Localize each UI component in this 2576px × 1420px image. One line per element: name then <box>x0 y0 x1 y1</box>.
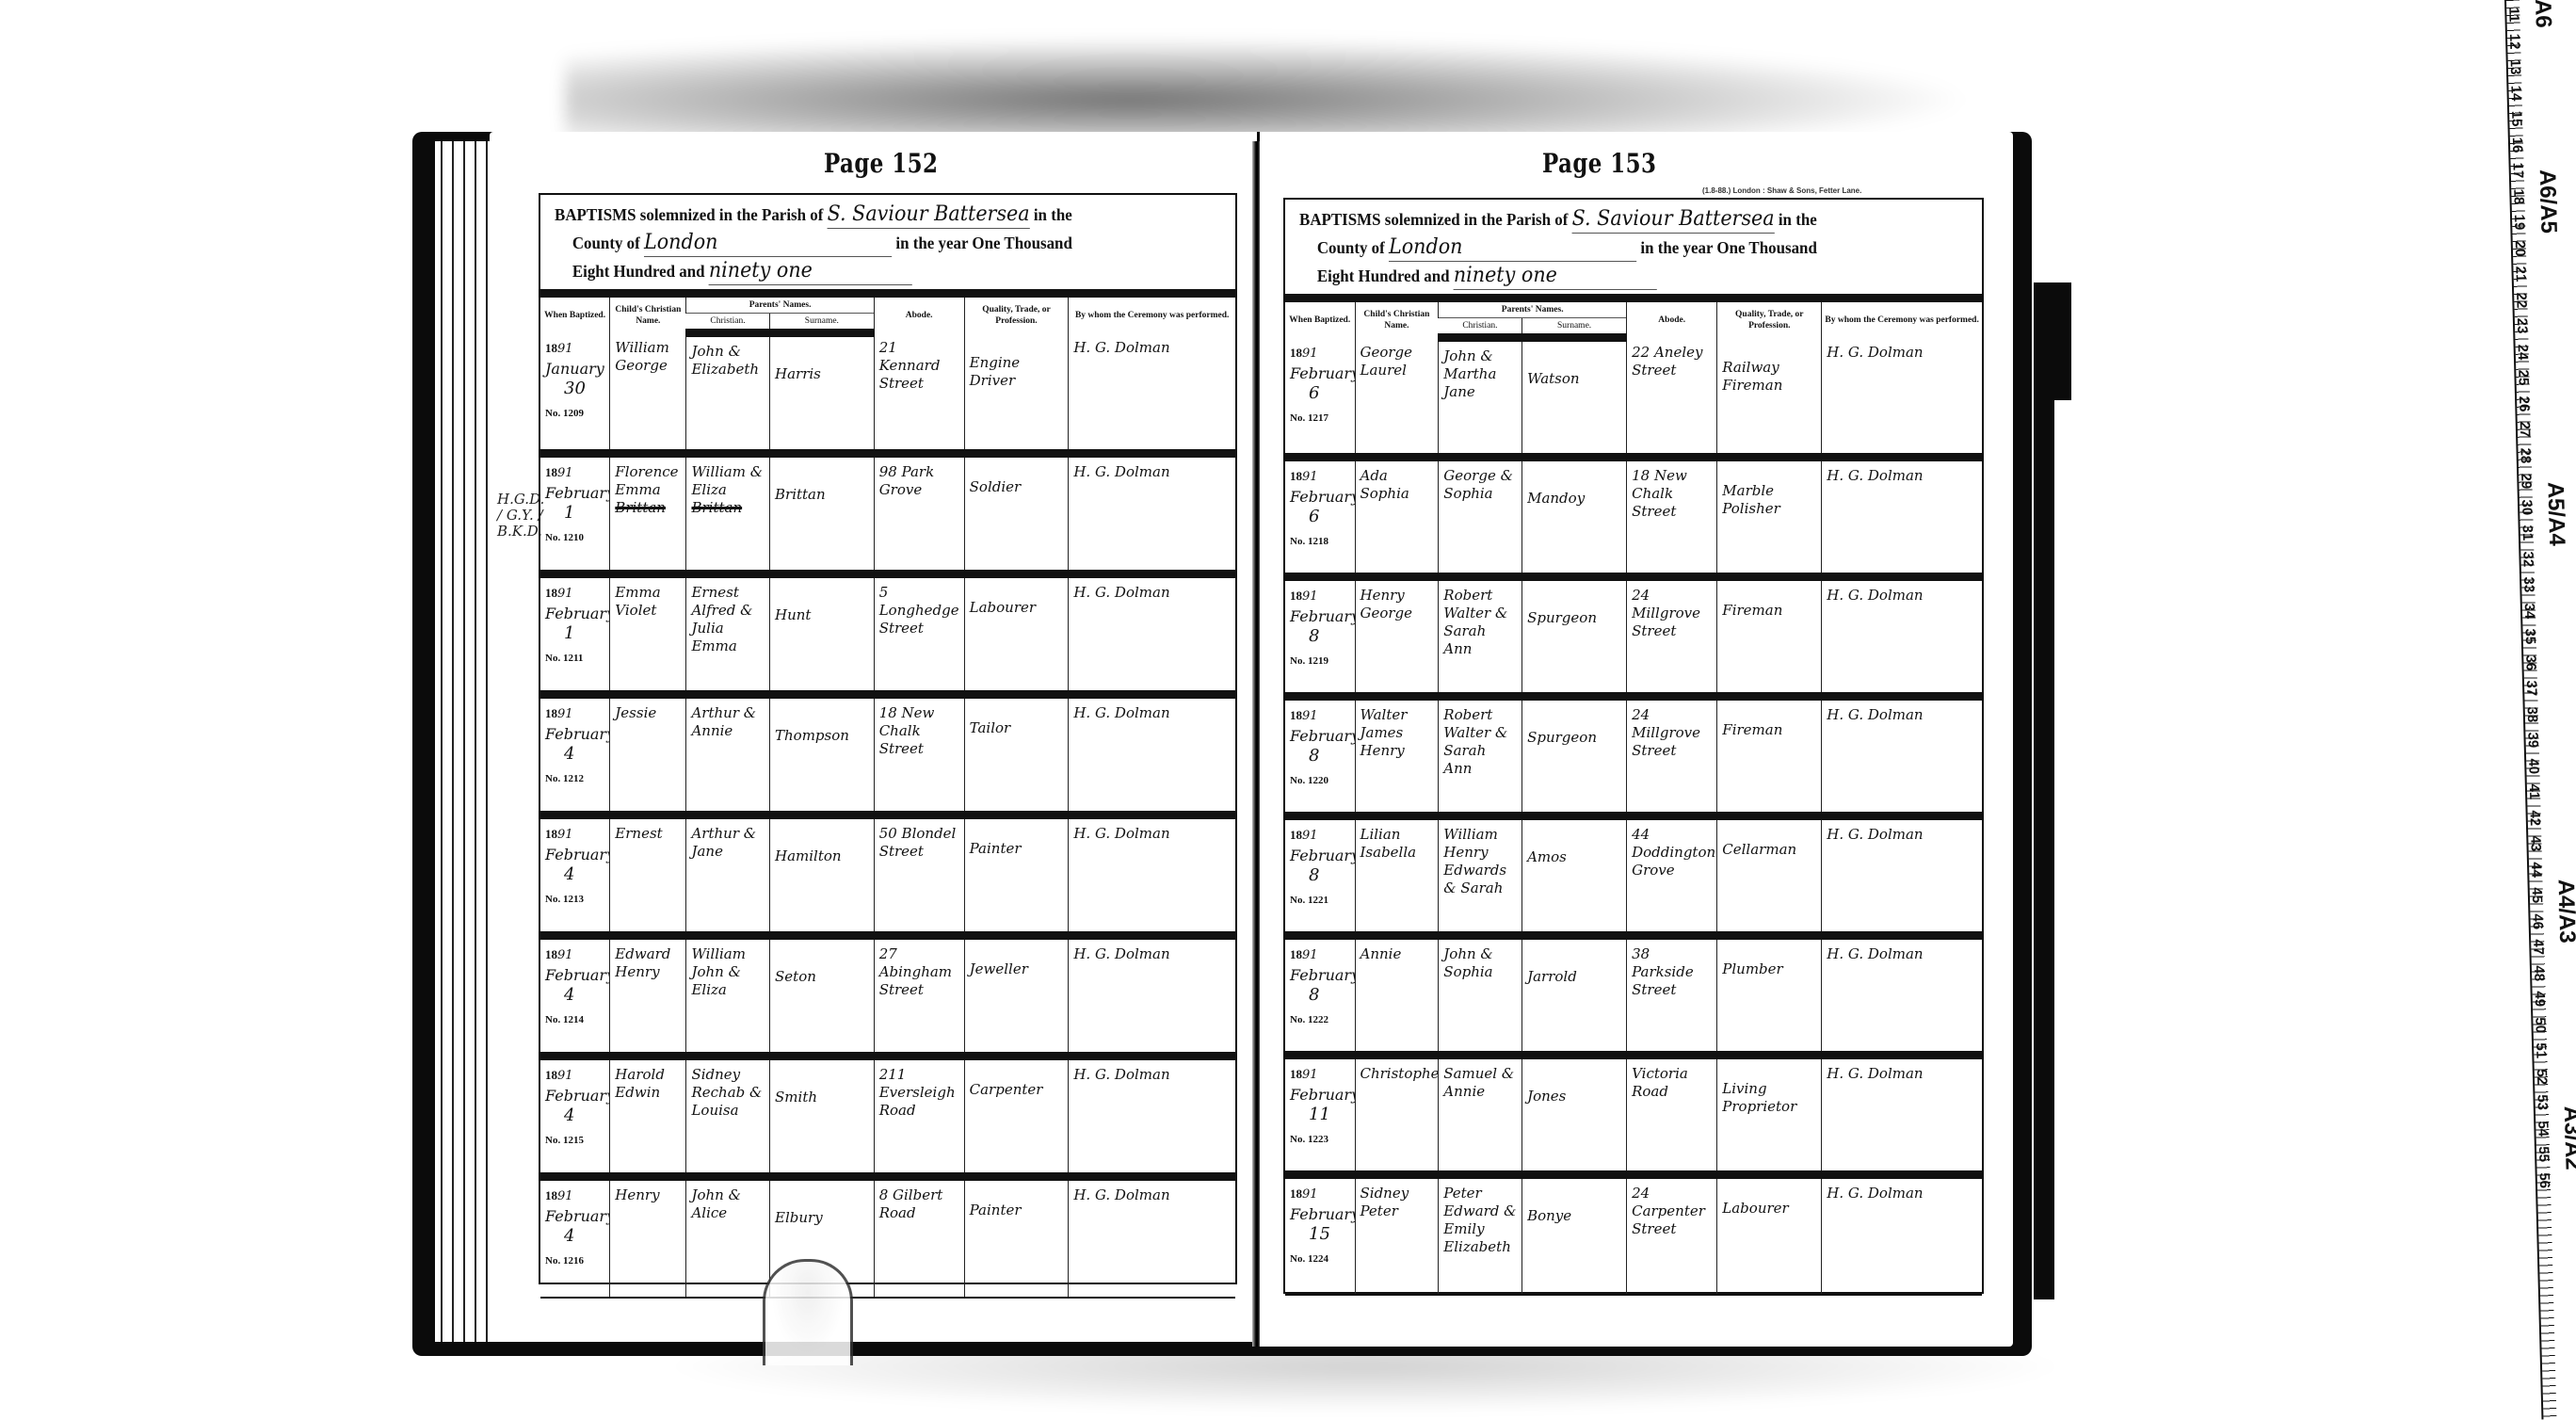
abode-cell: 211 Eversleigh Road <box>874 1057 964 1177</box>
measuring-ruler: GREAT BRITAIN LTD 1112131415161718192021… <box>2504 0 2576 1419</box>
baptism-day: 15 <box>1290 1225 1351 1243</box>
register-entry-row: 1891February1No. 1211Emma VioletErnest A… <box>540 574 1235 695</box>
minister-cell: H. G. Dolman <box>1069 333 1235 454</box>
profession-cell: Labourer <box>1717 1175 1822 1295</box>
ruler-cm-number: 37 <box>2523 680 2539 696</box>
right-page: Page 153 (1.8-88.) London : Shaw & Sons,… <box>1260 132 2013 1347</box>
baptism-day: 8 <box>1290 986 1351 1004</box>
parents-christian-cell: Ernest Alfred & Julia Emma <box>686 574 770 695</box>
profession-cell: Painter <box>964 815 1069 936</box>
book-cover-edge <box>2034 395 2054 1299</box>
struck-text: Brittan <box>691 499 742 516</box>
when-baptized-cell: 1891February4No. 1213 <box>540 815 610 936</box>
col-surname: Surname. <box>770 314 875 333</box>
ruler-cm-number: 49 <box>2532 991 2548 1007</box>
abode-cell: 21 Kennard Street <box>874 333 964 454</box>
baptism-day: 6 <box>1290 508 1351 525</box>
ruler-cm-number: 20 <box>2512 240 2528 256</box>
baptism-year: 1891 <box>545 1069 573 1083</box>
entry-number: No. 1210 <box>545 529 605 547</box>
child-name-cell: Ada Sophia <box>1355 458 1439 577</box>
ruler-paper-size-label: A5/A4 <box>2541 481 2569 546</box>
baptism-month: February <box>545 1087 605 1105</box>
child-name-cell: Edward Henry <box>610 936 686 1057</box>
baptism-year: 1891 <box>545 828 573 842</box>
register-heading: BAPTISMS solemnized in the Parish of S. … <box>540 195 1194 285</box>
col-quality: Quality, Trade, or Profession. <box>964 298 1069 333</box>
child-name-cell: Ernest <box>610 815 686 936</box>
year-words: ninety one <box>709 257 912 285</box>
abode-cell: 98 Park Grove <box>874 454 964 574</box>
baptism-year: 1891 <box>545 1189 573 1203</box>
printed-year-prefix: 18 <box>1290 708 1302 722</box>
ruler-cm-number: 45 <box>2529 887 2545 903</box>
ruler-cm-number: 26 <box>2516 395 2532 411</box>
entry-number: No. 1224 <box>1290 1251 1351 1268</box>
parents-christian-cell: William & ElizaBrittan <box>686 454 770 574</box>
struck-text: Brittan <box>615 499 666 516</box>
child-name-cell: Harold Edwin <box>610 1057 686 1177</box>
parents-christian-cell: Arthur & Annie <box>686 695 770 815</box>
page-number: Page 153 <box>1542 148 1656 179</box>
ruler-cm-number: 32 <box>2520 551 2536 567</box>
surname-cell: Bonye <box>1522 1175 1627 1295</box>
register-entry-row: 1891February8No. 1220Walter James HenryR… <box>1285 697 1982 816</box>
when-baptized-cell: 1891February8No. 1220 <box>1285 697 1355 816</box>
ruler-cm-number: 46 <box>2529 913 2545 929</box>
profession-cell: Tailor <box>964 695 1069 815</box>
abode-cell: 24 Carpenter Street <box>1627 1175 1717 1295</box>
ruler-cm-number: 36 <box>2522 654 2538 670</box>
abode-cell: 24 Millgrove Street <box>1627 577 1717 697</box>
county-label: County of <box>572 234 640 252</box>
printed-year-prefix: 18 <box>1290 947 1302 961</box>
printed-year-prefix: 18 <box>1290 828 1302 842</box>
minister-cell: H. G. Dolman <box>1822 816 1982 936</box>
ruler-cm-number: 48 <box>2531 965 2547 981</box>
baptism-month: February <box>1290 364 1351 382</box>
ruler-cm-number: 15 <box>2508 110 2524 126</box>
baptism-year: 1891 <box>545 466 573 480</box>
child-name-cell: Henry George <box>1355 577 1439 697</box>
child-name-cell: Henry <box>610 1177 686 1298</box>
col-parents: Parents' Names. <box>1439 302 1627 318</box>
ruler-paper-size-label: A6 <box>2529 0 2556 28</box>
entry-number: No. 1217 <box>1290 410 1351 428</box>
when-baptized-cell: 1891February8No. 1221 <box>1285 816 1355 936</box>
baptism-day: 4 <box>545 865 605 883</box>
abode-cell: 5 Longhedge Street <box>874 574 964 695</box>
ruler-cm-number: 18 <box>2510 188 2526 204</box>
entry-number: No. 1212 <box>545 770 605 788</box>
col-child: Child's Christian Name. <box>1355 302 1439 338</box>
baptism-month: February <box>1290 966 1351 984</box>
surname-cell: Spurgeon <box>1522 577 1627 697</box>
minister-cell: H. G. Dolman <box>1069 815 1235 936</box>
ruler-cm-number: 12 <box>2506 33 2522 49</box>
col-christian: Christian. <box>686 314 770 333</box>
ruler-cm-number: 56 <box>2536 1172 2552 1188</box>
ruler-cm-number: 23 <box>2514 317 2530 333</box>
year-words: ninety one <box>1454 262 1657 290</box>
surname-cell: Seton <box>770 936 875 1057</box>
profession-cell: Soldier <box>964 454 1069 574</box>
parents-christian-cell: John & Elizabeth <box>686 333 770 454</box>
baptism-month: February <box>545 725 605 743</box>
abode-cell: 27 Abingham Street <box>874 936 964 1057</box>
entry-number: No. 1221 <box>1290 892 1351 910</box>
abode-cell: 8 Gilbert Road <box>874 1177 964 1298</box>
year-prefix: in the year One Thousand <box>895 234 1071 252</box>
baptism-year: 1891 <box>545 342 573 356</box>
county-name: London <box>644 229 892 257</box>
ruler-paper-size-label: A6/A5 <box>2534 169 2562 234</box>
child-name-cell: Walter James Henry <box>1355 697 1439 816</box>
ruler-cm-number: 28 <box>2517 447 2533 463</box>
surname-cell: Hunt <box>770 574 875 695</box>
child-name-cell: George Laurel <box>1355 338 1439 458</box>
child-name-cell: Christopher <box>1355 1056 1439 1175</box>
ruler-cm-number: 11 <box>2505 8 2521 23</box>
printed-year-prefix: 18 <box>1290 589 1302 603</box>
county-name: London <box>1389 234 1636 262</box>
child-name-cell: William George <box>610 333 686 454</box>
baptism-year: 1891 <box>545 587 573 601</box>
profession-cell: Fireman <box>1717 697 1822 816</box>
baptism-year: 1891 <box>1290 948 1318 962</box>
abode-cell: 38 Parkside Street <box>1627 936 1717 1056</box>
when-baptized-cell: 1891February4No. 1212 <box>540 695 610 815</box>
book-clasp <box>2034 282 2071 400</box>
baptism-year: 1891 <box>1290 470 1318 484</box>
printed-year-prefix: 18 <box>1290 1067 1302 1081</box>
minister-cell: H. G. Dolman <box>1069 695 1235 815</box>
baptism-month: February <box>545 966 605 984</box>
profession-cell: Painter <box>964 1177 1069 1298</box>
ruler-cm-number: 22 <box>2513 292 2529 308</box>
minister-cell: H. G. Dolman <box>1822 338 1982 458</box>
printed-year-prefix: 18 <box>545 341 557 355</box>
abode-cell: 18 New Chalk Street <box>874 695 964 815</box>
baptism-year: 1891 <box>545 948 573 962</box>
hundred-label: Eight Hundred and <box>1317 266 1450 285</box>
abode-cell: 44 Doddington Grove <box>1627 816 1717 936</box>
profession-cell: Carpenter <box>964 1057 1069 1177</box>
baptism-register-table: BAPTISMS solemnized in the Parish of S. … <box>1283 198 1984 1294</box>
register-entry-row: 1891February8No. 1221Lilian IsabellaWill… <box>1285 816 1982 936</box>
county-label: County of <box>1317 238 1385 257</box>
parents-christian-cell: William Henry Edwards & Sarah <box>1439 816 1522 936</box>
ruler-cm-number: 44 <box>2528 862 2544 878</box>
col-minister: By whom the Ceremony was performed. <box>1069 298 1235 333</box>
ruler-cm-number: 25 <box>2515 369 2531 385</box>
profession-cell: Fireman <box>1717 577 1822 697</box>
baptism-day: 4 <box>545 1227 605 1245</box>
profession-cell: Jeweller <box>964 936 1069 1057</box>
entry-number: No. 1222 <box>1290 1011 1351 1029</box>
margin-note: H.G.D. / G.Y. / B.K.D. <box>497 492 554 540</box>
printed-year-prefix: 18 <box>545 465 557 479</box>
scan-shadow-bottom <box>659 1347 2071 1412</box>
baptism-month: February <box>545 846 605 863</box>
child-name-cell: Emma Violet <box>610 574 686 695</box>
abode-cell: Victoria Road <box>1627 1056 1717 1175</box>
ruler-cm-number: 43 <box>2527 835 2543 851</box>
register-entry-row: 1891February4No. 1212JessieArthur & Anni… <box>540 695 1235 815</box>
ruler-cm-number: 21 <box>2512 266 2528 282</box>
printer-imprint: (1.8-88.) London : Shaw & Sons, Fetter L… <box>1702 186 1861 195</box>
ruler-cm-number: 52 <box>2534 1069 2550 1085</box>
register-entry-row: 1891February8No. 1219Henry GeorgeRobert … <box>1285 577 1982 697</box>
parents-christian-cell: Sidney Rechab & Louisa <box>686 1057 770 1177</box>
register-entry-row: 1891February4No. 1214Edward HenryWilliam… <box>540 936 1235 1057</box>
col-abode: Abode. <box>874 298 964 333</box>
ruler-cm-number: 51 <box>2533 1042 2549 1058</box>
when-baptized-cell: 1891February4No. 1216 <box>540 1177 610 1298</box>
register-entry-row: 1891February4No. 1213ErnestArthur & Jane… <box>540 815 1235 936</box>
surname-cell: Jarrold <box>1522 936 1627 1056</box>
profession-cell: Living Proprietor <box>1717 1056 1822 1175</box>
baptism-month: February <box>1290 847 1351 864</box>
printed-year-prefix: 18 <box>545 827 557 841</box>
register-entry-row: 1891February11No. 1223ChristopherSamuel … <box>1285 1056 1982 1175</box>
year-prefix: in the year One Thousand <box>1640 238 1816 257</box>
col-minister: By whom the Ceremony was performed. <box>1822 302 1982 338</box>
rule <box>1285 294 1982 302</box>
surname-cell: Watson <box>1522 338 1627 458</box>
baptism-year: 1891 <box>545 707 573 721</box>
minister-cell: H. G. Dolman <box>1069 454 1235 574</box>
entry-number: No. 1213 <box>545 891 605 909</box>
when-baptized-cell: 1891February4No. 1215 <box>540 1057 610 1177</box>
when-baptized-cell: 1891February1No. 1211 <box>540 574 610 695</box>
heading-prefix: BAPTISMS solemnized in the Parish of <box>555 205 823 224</box>
entry-number: No. 1214 <box>545 1011 605 1029</box>
ruler-cm-number: 14 <box>2507 85 2523 101</box>
minister-cell: H. G. Dolman <box>1822 577 1982 697</box>
entry-number: No. 1223 <box>1290 1131 1351 1149</box>
ruler-cm-number: 16 <box>2509 137 2525 153</box>
minister-cell: H. G. Dolman <box>1069 574 1235 695</box>
surname-cell: Spurgeon <box>1522 697 1627 816</box>
profession-cell: Cellarman <box>1717 816 1822 936</box>
hundred-label: Eight Hundred and <box>572 262 705 281</box>
scan-shadow <box>565 38 1977 141</box>
parish-name: S. Saviour Battersea <box>828 201 1030 229</box>
baptism-year: 1891 <box>1290 347 1318 361</box>
baptism-month: February <box>1290 727 1351 745</box>
parents-christian-cell: Robert Walter & Sarah Ann <box>1439 577 1522 697</box>
ruler-cm-number: 40 <box>2525 758 2541 774</box>
baptism-day: 30 <box>545 379 605 397</box>
child-name-cell: Annie <box>1355 936 1439 1056</box>
baptism-day: 11 <box>1290 1105 1351 1123</box>
col-abode: Abode. <box>1627 302 1717 338</box>
parents-christian-cell: John & Sophia <box>1439 936 1522 1056</box>
printed-year-prefix: 18 <box>545 1068 557 1082</box>
ruler-cm-number: 24 <box>2515 344 2531 360</box>
minister-cell: H. G. Dolman <box>1069 1057 1235 1177</box>
entry-number: No. 1219 <box>1290 653 1351 670</box>
col-when: When Baptized. <box>540 298 610 333</box>
minister-cell: H. G. Dolman <box>1069 936 1235 1057</box>
heading-suffix: in the <box>1034 205 1072 224</box>
minister-cell: H. G. Dolman <box>1822 697 1982 816</box>
minister-cell: H. G. Dolman <box>1822 1056 1982 1175</box>
ruler-cm-number: 35 <box>2521 628 2537 644</box>
baptism-year: 1891 <box>1290 829 1318 843</box>
baptism-year: 1891 <box>1290 1187 1318 1202</box>
surname-cell: Hamilton <box>770 815 875 936</box>
minister-cell: H. G. Dolman <box>1822 1175 1982 1295</box>
baptism-day: 6 <box>1290 384 1351 402</box>
register-grid: When Baptized. Child's Christian Name. P… <box>540 298 1235 1299</box>
when-baptized-cell: 1891January30No. 1209 <box>540 333 610 454</box>
baptism-month: February <box>545 605 605 622</box>
ruler-cm-number: 19 <box>2511 214 2527 230</box>
child-name-cell: Sidney Peter <box>1355 1175 1439 1295</box>
child-name-cell: Lilian Isabella <box>1355 816 1439 936</box>
ruler-cm-number: 30 <box>2519 499 2535 515</box>
baptism-year: 1891 <box>1290 589 1318 604</box>
ruler-cm-number: 42 <box>2527 810 2543 826</box>
baptism-day: 8 <box>1290 747 1351 765</box>
ruler-cm-number: 13 <box>2507 59 2523 75</box>
printed-year-prefix: 18 <box>1290 1186 1302 1201</box>
minister-cell: H. G. Dolman <box>1822 458 1982 577</box>
profession-cell: Railway Fireman <box>1717 338 1822 458</box>
entry-number: No. 1216 <box>545 1252 605 1270</box>
surname-cell: Amos <box>1522 816 1627 936</box>
when-baptized-cell: 1891February6No. 1217 <box>1285 338 1355 458</box>
ruler-cm-number: 39 <box>2524 732 2540 748</box>
when-baptized-cell: 1891February4No. 1214 <box>540 936 610 1057</box>
child-name-cell: Florence EmmaBrittan <box>610 454 686 574</box>
ruler-paper-size-label: A4/A3 <box>2552 879 2576 944</box>
child-name-cell: Jessie <box>610 695 686 815</box>
ruler-cm-number: 50 <box>2532 1017 2548 1033</box>
parents-christian-cell: George & Sophia <box>1439 458 1522 577</box>
ruler-cm-number: 53 <box>2534 1094 2550 1110</box>
profession-cell: Plumber <box>1717 936 1822 1056</box>
ruler-cm-number: 47 <box>2530 939 2546 955</box>
surname-cell: Jones <box>1522 1056 1627 1175</box>
ruler-cm-number: 41 <box>2526 783 2542 799</box>
surname-cell: Harris <box>770 333 875 454</box>
abode-cell: 22 Aneley Street <box>1627 338 1717 458</box>
glass-paperweight <box>763 1259 853 1365</box>
parents-christian-cell: Robert Walter & Sarah Ann <box>1439 697 1522 816</box>
register-entry-row: 1891February6No. 1218Ada SophiaGeorge & … <box>1285 458 1982 577</box>
parish-name: S. Saviour Battersea <box>1572 205 1775 234</box>
register-grid: When Baptized. Child's Christian Name. P… <box>1285 302 1982 1296</box>
baptism-month: February <box>1290 1086 1351 1104</box>
when-baptized-cell: 1891February8No. 1222 <box>1285 936 1355 1056</box>
printed-year-prefix: 18 <box>1290 469 1302 483</box>
when-baptized-cell: 1891February8No. 1219 <box>1285 577 1355 697</box>
ruler-cm-number: 31 <box>2520 524 2536 541</box>
col-when: When Baptized. <box>1285 302 1355 338</box>
ruler-cm-number: 17 <box>2510 162 2526 178</box>
entry-number: No. 1215 <box>545 1132 605 1150</box>
printed-year-prefix: 18 <box>1290 346 1302 360</box>
register-entry-row: 1891February4No. 1215Harold EdwinSidney … <box>540 1057 1235 1177</box>
when-baptized-cell: 1891February6No. 1218 <box>1285 458 1355 577</box>
rule <box>540 289 1235 298</box>
col-surname: Surname. <box>1522 318 1627 338</box>
baptism-month: January <box>545 360 605 378</box>
ruler-cm-number: 54 <box>2535 1121 2551 1137</box>
left-page: Page 152 BAPTISMS solemnized in the Pari… <box>490 132 1257 1342</box>
register-entry-row: 1891February4No. 1216HenryJohn & AliceEl… <box>540 1177 1235 1298</box>
parents-christian-cell: William John & Eliza <box>686 936 770 1057</box>
register-entry-row: 1891February15No. 1224Sidney PeterPeter … <box>1285 1175 1982 1295</box>
baptism-day: 8 <box>1290 866 1351 884</box>
baptism-day: 4 <box>545 745 605 763</box>
entry-number: No. 1209 <box>545 405 605 423</box>
col-parents: Parents' Names. <box>686 298 874 314</box>
ruler-cm-number: 33 <box>2520 576 2536 592</box>
parents-christian-cell: John & Martha Jane <box>1439 338 1522 458</box>
register-entry-row: 1891February8No. 1222AnnieJohn & SophiaJ… <box>1285 936 1982 1056</box>
entry-number: No. 1218 <box>1290 533 1351 551</box>
abode-cell: 18 New Chalk Street <box>1627 458 1717 577</box>
baptism-register-table: BAPTISMS solemnized in the Parish of S. … <box>539 193 1237 1284</box>
ruler-cm-number: 38 <box>2524 706 2540 722</box>
surname-cell: Smith <box>770 1057 875 1177</box>
baptism-day: 4 <box>545 1106 605 1124</box>
ruler-paper-size-label: A3/A2 <box>2558 1105 2576 1170</box>
printed-year-prefix: 18 <box>545 706 557 720</box>
baptism-day: 8 <box>1290 627 1351 645</box>
printed-year-prefix: 18 <box>545 586 557 600</box>
baptism-month: February <box>1290 1205 1351 1223</box>
profession-cell: Marble Polisher <box>1717 458 1822 577</box>
ruler-cm-number: 29 <box>2518 473 2534 489</box>
baptism-month: February <box>545 484 605 502</box>
ruler-cm-number: 27 <box>2517 421 2533 437</box>
parents-christian-cell: Peter Edward & Emily Elizabeth <box>1439 1175 1522 1295</box>
ruler-cm-number: 34 <box>2521 603 2537 619</box>
register-entry-row: 1891February1No. 1210Florence EmmaBritta… <box>540 454 1235 574</box>
baptism-month: February <box>1290 607 1351 625</box>
heading-suffix: in the <box>1779 210 1817 229</box>
parents-christian-cell: John & Alice <box>686 1177 770 1298</box>
col-christian: Christian. <box>1439 318 1522 338</box>
baptism-day: 1 <box>545 504 605 522</box>
entry-number: No. 1211 <box>545 650 605 668</box>
profession-cell: Engine Driver <box>964 333 1069 454</box>
printed-year-prefix: 18 <box>545 1188 557 1202</box>
minister-cell: H. G. Dolman <box>1069 1177 1235 1298</box>
abode-cell: 24 Millgrove Street <box>1627 697 1717 816</box>
register-entry-row: 1891February6No. 1217George LaurelJohn &… <box>1285 338 1982 458</box>
minister-cell: H. G. Dolman <box>1822 936 1982 1056</box>
printed-year-prefix: 18 <box>545 947 557 961</box>
baptism-year: 1891 <box>1290 709 1318 723</box>
page-number: Page 152 <box>824 148 938 179</box>
when-baptized-cell: 1891February11No. 1223 <box>1285 1056 1355 1175</box>
heading-prefix: BAPTISMS solemnized in the Parish of <box>1299 210 1568 229</box>
baptism-month: February <box>1290 488 1351 506</box>
col-quality: Quality, Trade, or Profession. <box>1717 302 1822 338</box>
parents-christian-cell: Arthur & Jane <box>686 815 770 936</box>
abode-cell: 50 Blondel Street <box>874 815 964 936</box>
surname-cell: Thompson <box>770 695 875 815</box>
surname-cell: Mandoy <box>1522 458 1627 577</box>
entry-number: No. 1220 <box>1290 772 1351 790</box>
ruler-cm-number: 55 <box>2536 1146 2552 1162</box>
